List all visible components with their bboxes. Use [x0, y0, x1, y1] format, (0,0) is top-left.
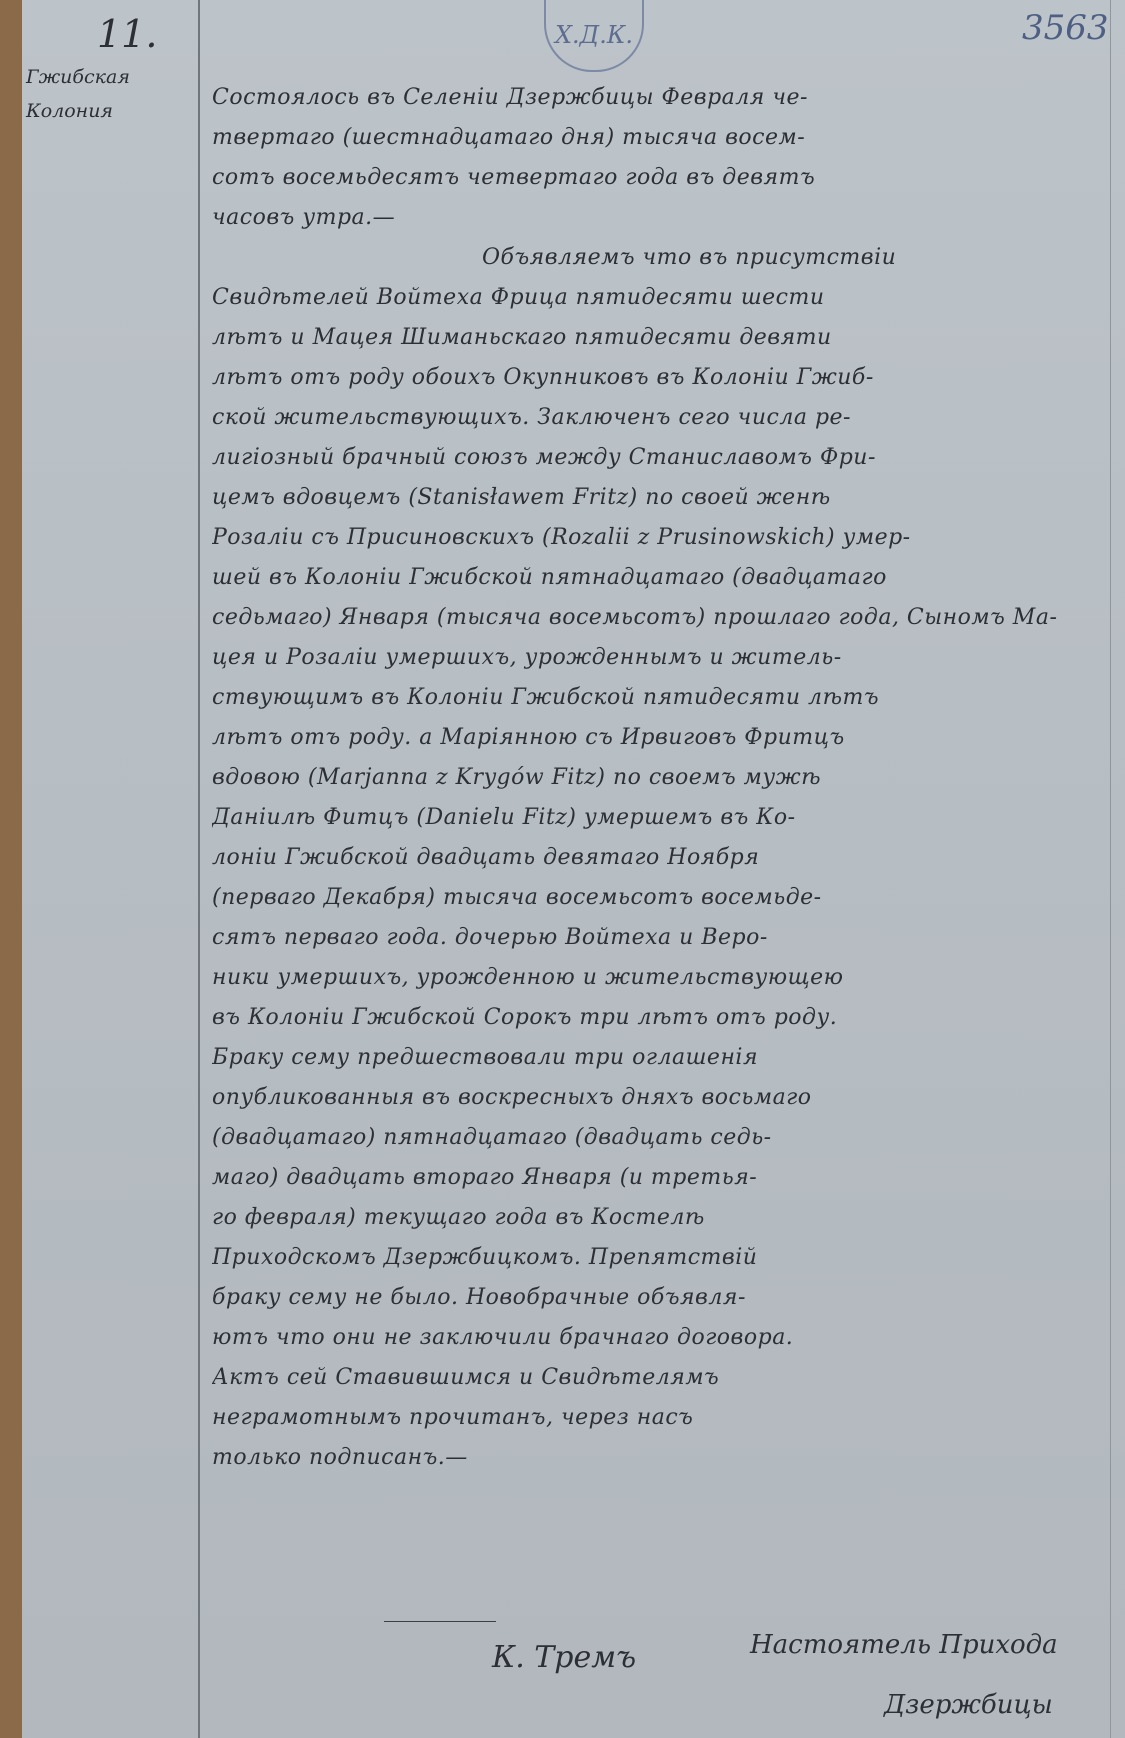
text-line: Приходскомъ Дзержбицкомъ. Препятствій [212, 1238, 1112, 1278]
text-line: часовъ утра.— [212, 198, 1112, 238]
margin-note-line: Гжибская [26, 60, 186, 94]
text-line: неграмотнымъ прочитанъ, через насъ [212, 1398, 1112, 1438]
text-line: ской жительствующихъ. Заключенъ сего чис… [212, 398, 1112, 438]
text-line: ники умершихъ, урожденною и жительствующ… [212, 958, 1112, 998]
text-line: вдовою (Marjanna z Krygów Fitz) по своем… [212, 758, 1112, 798]
text-line: ствующимъ въ Колоніи Гжибской пятидесяти… [212, 678, 1112, 718]
entry-number: 11. [97, 12, 157, 56]
text-line: маго) двадцать втораго Января (и третья- [212, 1158, 1112, 1198]
text-line: лѣтъ и Мацея Шиманьскаго пятидесяти девя… [212, 318, 1112, 358]
text-line: седьмаго) Января (тысяча восемьсотъ) про… [212, 598, 1112, 638]
folio-number: 3563 [1022, 8, 1109, 48]
text-line: Объявляемъ что въ присутствіи [212, 238, 1112, 278]
parish-name: Дзержбицы [884, 1690, 1053, 1720]
text-line: (перваго Декабря) тысяча восемьсотъ восе… [212, 878, 1112, 918]
stamp-text: Х.Д.К. [555, 21, 633, 49]
margin-rule [198, 0, 200, 1738]
text-line: сятъ перваго года. дочерью Войтеха и Вер… [212, 918, 1112, 958]
text-line: опубликованныя въ воскресныхъ дняхъ вось… [212, 1078, 1112, 1118]
text-line: Свидѣтелей Войтеха Фрица пятидесяти шест… [212, 278, 1112, 318]
text-line: Актъ сей Ставившимся и Свидѣтелямъ [212, 1358, 1112, 1398]
text-line: (двадцатаго) пятнадцатаго (двадцать седь… [212, 1118, 1112, 1158]
text-line: го февраля) текущаго года въ Костелѣ [212, 1198, 1112, 1238]
signature-rule [384, 1621, 496, 1622]
text-line: твертаго (шестнадцатаго дня) тысяча восе… [212, 118, 1112, 158]
text-line: сотъ восемьдесятъ четвертаго года въ дев… [212, 158, 1112, 198]
witness-signature: К. Тремъ [492, 1640, 636, 1675]
text-line: Даніилѣ Фитцъ (Danielu Fitz) умершемъ въ… [212, 798, 1112, 838]
margin-note: Гжибская Колония [26, 60, 186, 128]
record-body: Состоялось въ Селеніи Дзержбицы Февраля … [212, 78, 1112, 1478]
text-line: лигіозный брачный союзъ между Станиславо… [212, 438, 1112, 478]
text-line: ютъ что они не заключили брачнаго догово… [212, 1318, 1112, 1358]
text-line: Браку сему предшествовали три оглашенія [212, 1038, 1112, 1078]
text-line: въ Колоніи Гжибской Сорокъ три лѣтъ отъ … [212, 998, 1112, 1038]
priest-title: Настоятель Прихода [750, 1630, 1058, 1660]
text-line: браку сему не было. Новобрачные объявля- [212, 1278, 1112, 1318]
text-line: шей въ Колоніи Гжибской пятнадцатаго (дв… [212, 558, 1112, 598]
text-line: Состоялось въ Селеніи Дзержбицы Февраля … [212, 78, 1112, 118]
document-page: 11. Гжибская Колония Х.Д.К. 3563 Состоял… [22, 0, 1125, 1738]
text-line: лѣтъ отъ роду обоихъ Окупниковъ въ Колон… [212, 358, 1112, 398]
text-line: Розаліи съ Присиновскихъ (Rozalii z Prus… [212, 518, 1112, 558]
text-line: только подписанъ.— [212, 1438, 1112, 1478]
text-line: цея и Розаліи умершихъ, урожденнымъ и жи… [212, 638, 1112, 678]
text-line: лоніи Гжибской двадцать девятаго Ноября [212, 838, 1112, 878]
text-line: цемъ вдовцемъ (Stanisławem Fritz) по сво… [212, 478, 1112, 518]
text-line: лѣтъ отъ роду. а Маріянною съ Ирвиговъ Ф… [212, 718, 1112, 758]
archive-stamp: Х.Д.К. [544, 0, 644, 72]
margin-note-line: Колония [26, 94, 186, 128]
